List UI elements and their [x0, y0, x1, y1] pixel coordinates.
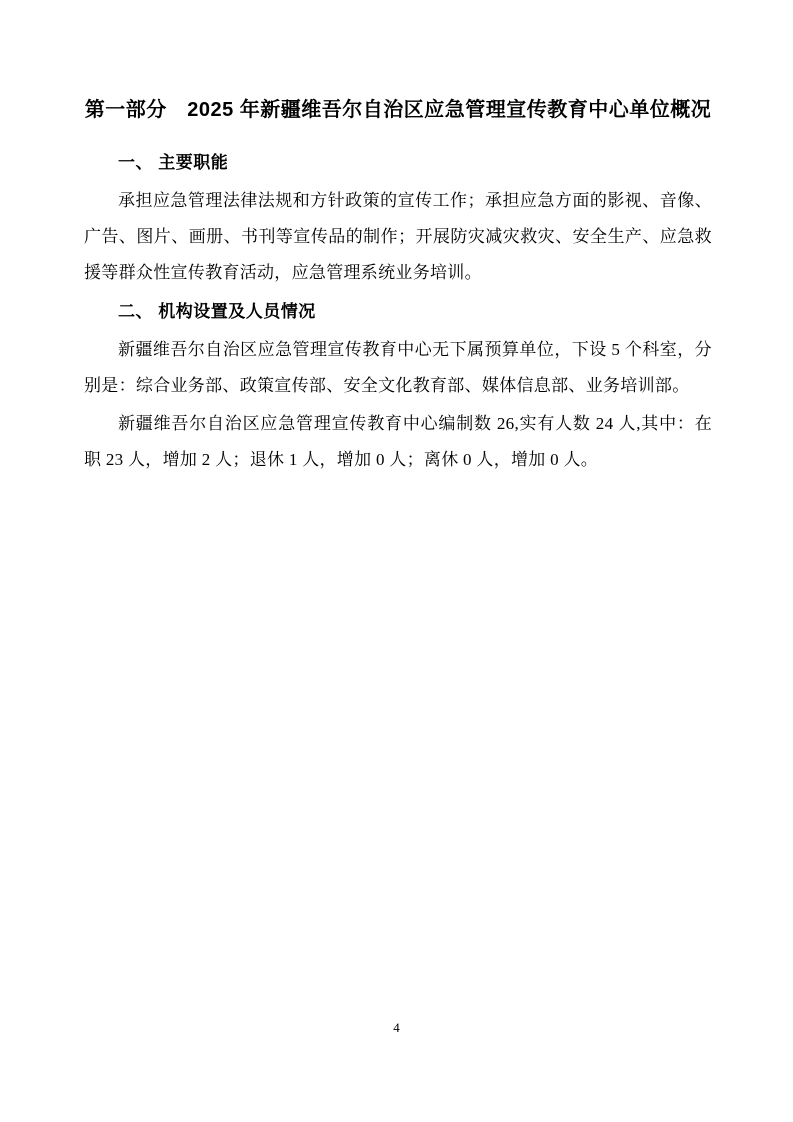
section-1-heading: 一、 主要职能	[84, 151, 712, 175]
document-content: 第一部分 2025 年新疆维吾尔自治区应急管理宣传教育中心单位概况 一、 主要职…	[0, 96, 793, 478]
paragraph-main-duties: 承担应急管理法律法规和方针政策的宣传工作；承担应急方面的影视、音像、广告、图片、…	[84, 183, 712, 291]
paragraph-staffing: 新疆维吾尔自治区应急管理宣传教育中心编制数 26,实有人数 24 人,其中：在职…	[84, 406, 712, 478]
paragraph-org-setup: 新疆维吾尔自治区应急管理宣传教育中心无下属预算单位，下设 5 个科室，分别是：综…	[84, 332, 712, 404]
document-title: 第一部分 2025 年新疆维吾尔自治区应急管理宣传教育中心单位概况	[84, 96, 712, 124]
document-page: 第一部分 2025 年新疆维吾尔自治区应急管理宣传教育中心单位概况 一、 主要职…	[0, 0, 793, 1122]
section-2-heading: 二、 机构设置及人员情况	[84, 300, 712, 324]
page-number: 4	[0, 1020, 793, 1036]
